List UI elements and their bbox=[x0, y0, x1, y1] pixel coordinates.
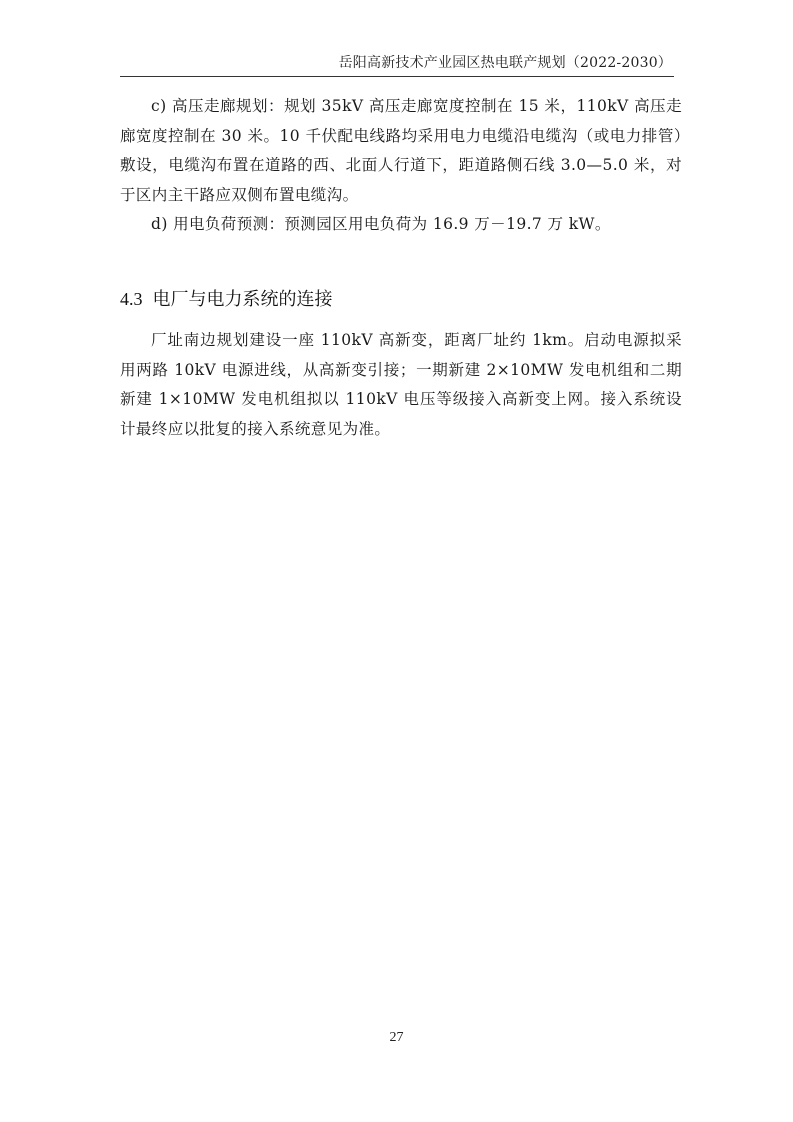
section-heading: 4.3电厂与电力系统的连接 bbox=[120, 284, 333, 315]
section-body: 厂址南边规划建设一座 110kV 高新变，距离厂址约 1km。启动电源拟采用两路… bbox=[120, 326, 682, 444]
page-number: 27 bbox=[0, 1030, 793, 1046]
body-text: c) 高压走廊规划：规划 35kV 高压走廊宽度控制在 15 米，110kV 高… bbox=[120, 92, 682, 240]
paragraph-load-forecast: d) 用电负荷预测：预测园区用电负荷为 16.9 万－19.7 万 kW。 bbox=[120, 210, 682, 240]
paragraph-grid-connection: 厂址南边规划建设一座 110kV 高新变，距离厂址约 1km。启动电源拟采用两路… bbox=[120, 326, 682, 444]
section-number: 4.3 bbox=[120, 289, 143, 309]
page-header: 岳阳高新技术产业园区热电联产规划（2022-2030） bbox=[120, 52, 674, 77]
document-title: 岳阳高新技术产业园区热电联产规划（2022-2030） bbox=[339, 54, 672, 72]
paragraph-hv-corridor: c) 高压走廊规划：规划 35kV 高压走廊宽度控制在 15 米，110kV 高… bbox=[120, 92, 682, 210]
section-title: 电厂与电力系统的连接 bbox=[153, 289, 333, 310]
